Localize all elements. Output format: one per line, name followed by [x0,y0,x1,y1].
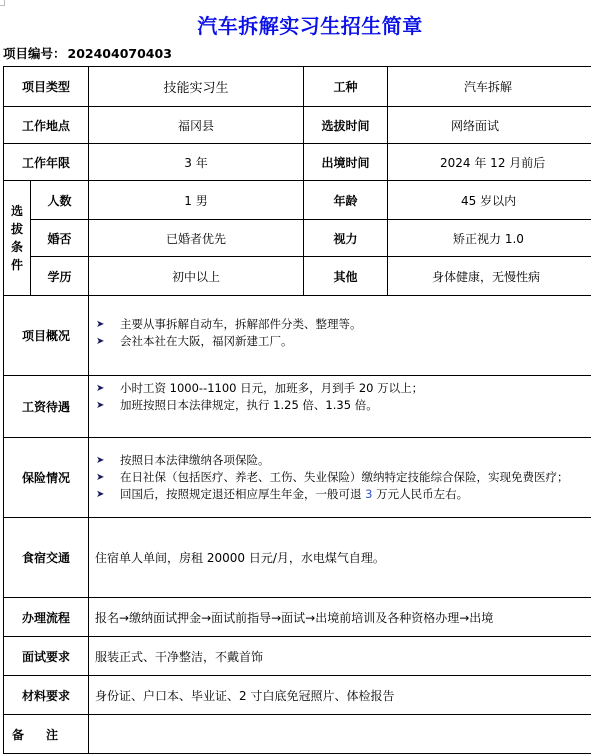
salary-item: ➤加班按照日本法律规定，执行 1.25 倍、1.35 倍。 [96,397,591,414]
bullet-arrow-icon: ➤ [96,380,104,397]
page-corner-mark [0,0,5,6]
insurance-item: ➤在日社保（包括医疗、养老、工伤、失业保险）缴纳特定技能综合保险，实现免费医疗； [96,469,591,486]
value-work-location: 福冈县 [89,107,304,144]
insurance-item: ➤按照日本法律缴纳各项保险。 [96,452,591,469]
value-remarks [89,715,591,754]
recruitment-table: 项目类型 技能实习生 工种 汽车拆解 工作地点 福冈县 选拔时间 网络面试 工作… [3,66,591,754]
row-headcount: 选 拔 条 件 人数 1 男 年龄 45 岁以内 [4,181,591,220]
value-departure-time: 2024 年 12 月前后 [388,144,591,181]
value-project-type: 技能实习生 [89,67,304,107]
label-salary: 工资待遇 [4,376,89,438]
overview-item: ➤主要从事拆解自动车，拆解部件分类、整理等。 [96,316,591,333]
value-education: 初中以上 [89,257,304,296]
row-lodging: 食宿交通 住宿单人单间，房租 20000 日元/月，水电煤气自理。 [4,518,591,598]
value-interview-req: 服装正式、干净整洁，不戴首饰 [89,637,591,676]
value-materials: 身份证、户口本、毕业证、2 寸白底免冠照片、体检报告 [89,676,591,715]
label-overview: 项目概况 [4,296,89,376]
value-job-type: 汽车拆解 [388,67,591,107]
label-age: 年龄 [304,181,388,220]
project-number-label: 项目编号： [3,46,66,61]
label-insurance: 保险情况 [4,438,89,518]
label-work-location: 工作地点 [4,107,89,144]
value-vision: 矫正视力 1.0 [388,220,591,257]
row-materials: 材料要求 身份证、户口本、毕业证、2 寸白底免冠照片、体检报告 [4,676,591,715]
label-selection-conditions: 选 拔 条 件 [4,181,31,296]
label-materials: 材料要求 [4,676,89,715]
bullet-arrow-icon: ➤ [96,469,104,486]
row-insurance: 保险情况 ➤按照日本法律缴纳各项保险。 ➤在日社保（包括医疗、养老、工伤、失业保… [4,438,591,518]
bullet-arrow-icon: ➤ [96,452,104,469]
row-interview-req: 面试要求 服装正式、干净整洁，不戴首饰 [4,637,591,676]
bullet-arrow-icon: ➤ [96,333,104,350]
row-project-type: 项目类型 技能实习生 工种 汽车拆解 [4,67,591,107]
value-insurance: ➤按照日本法律缴纳各项保险。 ➤在日社保（包括医疗、养老、工伤、失业保险）缴纳特… [89,438,591,518]
row-overview: 项目概况 ➤主要从事拆解自动车，拆解部件分类、整理等。 ➤会社本社在大阪，福冈新… [4,296,591,376]
label-project-type: 项目类型 [4,67,89,107]
value-marital: 已婚者优先 [89,220,304,257]
row-remarks: 备注 [4,715,591,754]
row-marital: 婚否 已婚者优先 视力 矫正视力 1.0 [4,220,591,257]
document-title: 汽车拆解实习生招生简章 [0,10,591,39]
label-job-type: 工种 [304,67,388,107]
label-process: 办理流程 [4,598,89,637]
salary-item: ➤小时工资 1000--1100 日元，加班多，月到手 20 万以上； [96,380,591,397]
row-process: 办理流程 报名→缴纳面试押金→面试前指导→面试→出境前培训及各种资格办理→出境 [4,598,591,637]
label-headcount: 人数 [31,181,89,220]
label-interview-req: 面试要求 [4,637,89,676]
value-lodging: 住宿单人单间，房租 20000 日元/月，水电煤气自理。 [89,518,591,598]
label-departure-time: 出境时间 [304,144,388,181]
value-other: 身体健康，无慢性病 [388,257,591,296]
label-marital: 婚否 [31,220,89,257]
bullet-arrow-icon: ➤ [96,486,104,503]
bullet-arrow-icon: ➤ [96,397,104,414]
overview-item: ➤会社本社在大阪，福冈新建工厂。 [96,333,591,350]
row-location: 工作地点 福冈县 选拔时间 网络面试 [4,107,591,144]
label-other: 其他 [304,257,388,296]
value-headcount: 1 男 [89,181,304,220]
label-vision: 视力 [304,220,388,257]
value-selection-time: 网络面试 [388,107,591,144]
insurance-item: ➤回国后，按照规定退还相应厚生年金，一般可退 3 万元人民币左右。 [96,486,591,503]
label-lodging: 食宿交通 [4,518,89,598]
label-selection-time: 选拔时间 [304,107,388,144]
row-education: 学历 初中以上 其他 身体健康，无慢性病 [4,257,591,296]
value-work-term: 3 年 [89,144,304,181]
value-salary: ➤小时工资 1000--1100 日元，加班多，月到手 20 万以上； ➤加班按… [89,376,591,438]
value-overview: ➤主要从事拆解自动车，拆解部件分类、整理等。 ➤会社本社在大阪，福冈新建工厂。 [89,296,591,376]
label-work-term: 工作年限 [4,144,89,181]
label-education: 学历 [31,257,89,296]
row-term: 工作年限 3 年 出境时间 2024 年 12 月前后 [4,144,591,181]
label-remarks: 备注 [4,715,89,754]
row-salary: 工资待遇 ➤小时工资 1000--1100 日元，加班多，月到手 20 万以上；… [4,376,591,438]
value-age: 45 岁以内 [388,181,591,220]
project-number: 项目编号：202404070403 [3,44,172,62]
bullet-arrow-icon: ➤ [96,316,104,333]
project-number-value: 202404070403 [68,46,172,61]
value-process: 报名→缴纳面试押金→面试前指导→面试→出境前培训及各种资格办理→出境 [89,598,591,637]
